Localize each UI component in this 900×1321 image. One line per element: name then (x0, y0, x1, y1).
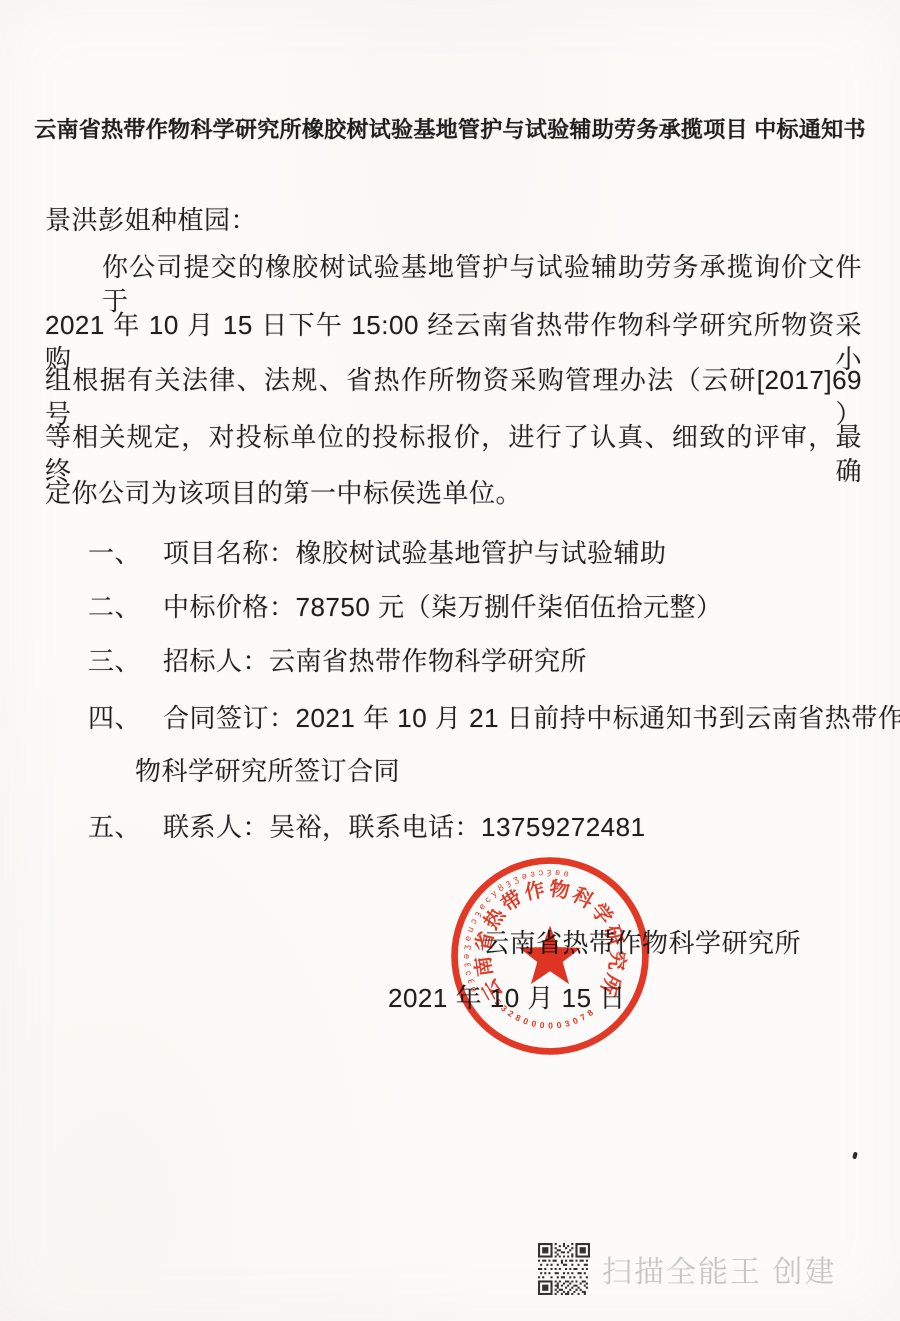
scan-speck (852, 1152, 858, 1160)
list-item-marker: 五、 (88, 810, 163, 844)
list-item-marker: 三、 (88, 644, 163, 678)
scanned-document-page: 云南省热带作物科学研究所橡胶树试验基地管护与试验辅助劳务承揽项目 中标通知书 景… (0, 0, 900, 1321)
scanner-watermark: 扫描全能王 创建 (538, 1243, 836, 1295)
seal-registration-number: 5328000003078 (493, 997, 598, 1031)
list-item-marker: 四、 (88, 701, 163, 735)
paragraph-line: 定你公司为该项目的第一中标侯选单位。 (45, 476, 862, 510)
list-item-text: 招标人：云南省热带作物科学研究所 (163, 646, 587, 676)
document-title: 云南省热带作物科学研究所橡胶树试验基地管护与试验辅助劳务承揽项目 中标通知书 (30, 113, 870, 144)
addressee-line: 景洪彭姐种植园： (45, 203, 862, 237)
list-item-3: 三、招标人：云南省热带作物科学研究所 (88, 644, 900, 678)
list-item-1: 一、项目名称：橡胶树试验基地管护与试验辅助 (88, 536, 900, 570)
list-item-marker: 一、 (88, 536, 163, 570)
red-star-icon (519, 925, 581, 984)
list-item-4-continuation: 物科学研究所签订合同 (135, 754, 900, 788)
list-item-2: 二、中标价格：78750 元（柒万捌仟柒佰伍拾元整） (88, 590, 900, 624)
list-item-marker: 二、 (88, 590, 163, 624)
list-item-text: 中标价格：78750 元（柒万捌仟柒佰伍拾元整） (163, 592, 723, 622)
list-item-text: 合同签订：2021 年 10 月 21 日前持中标通知书到云南省热带作 (163, 703, 900, 733)
watermark-label: 扫描全能王 创建 (602, 1247, 836, 1291)
list-item-4: 四、合同签订：2021 年 10 月 21 日前持中标通知书到云南省热带作 (88, 701, 900, 735)
list-item-5: 五、联系人：吴裕，联系电话：13759272481 (88, 810, 900, 844)
qr-code-icon (538, 1243, 590, 1295)
official-seal-stamp: ʚȝɔȝǝʒeuɔȝecyȣȝʒǝɜɔȝʚɞ 云南省热带作物科学研究所 5328… (445, 851, 655, 1061)
list-item-text: 项目名称：橡胶树试验基地管护与试验辅助 (163, 538, 667, 568)
list-item-text: 联系人：吴裕，联系电话：13759272481 (163, 812, 646, 842)
